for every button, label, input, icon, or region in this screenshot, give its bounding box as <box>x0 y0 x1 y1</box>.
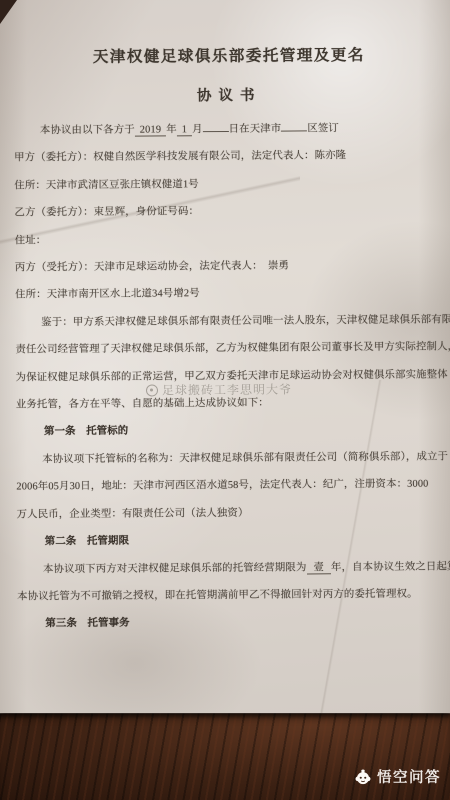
term-value: 壹 <box>306 562 331 574</box>
article3-heading: 第三条 托管事务 <box>17 608 448 638</box>
wukong-watermark: 悟空问答 <box>354 766 441 787</box>
month-value: 1 <box>177 124 192 136</box>
party-b-address: 住址： <box>15 224 446 254</box>
article2-line1-post: 年，自本协议生效之日起算。 <box>331 561 450 573</box>
party-a-address: 住所：天津市武清区豆张庄镇权健道1号 <box>14 169 445 199</box>
intro-pre: 本协议由以下各方于 <box>40 125 135 137</box>
article1-line: 本协议项下托管标的名称为：天津权健足球俱乐部有限责任公司（简称俱乐部），成立于 <box>16 443 447 473</box>
article2-heading: 第二条 托管期限 <box>17 526 448 556</box>
wukong-watermark-text: 悟空问答 <box>377 766 441 787</box>
document-paper: 天津权健足球俱乐部委托管理及更名 协议书 本协议由以下各方于2019年1月日在天… <box>0 0 450 713</box>
article2-line2: 本协议托管为不可撤销之授权，即在托管期满前甲乙不得撤回针对丙方的委托管理权。 <box>17 580 448 610</box>
article1-line: 万人民币，企业类型：有限责任公司（法人独资） <box>16 498 447 528</box>
agreement-document: 天津权健足球俱乐部委托管理及更名 协议书 本协议由以下各方于2019年1月日在天… <box>0 0 450 638</box>
day-blank-underline <box>203 122 229 132</box>
wukong-monkey-icon <box>354 768 372 786</box>
month-label: 月 <box>192 124 203 135</box>
party-a-line: 甲方（委托方）：权健自然医学科技发展有限公司，法定代表人：陈亦隆 <box>14 142 445 172</box>
intro-end: 区签订 <box>307 123 339 134</box>
recital-line: 鉴于：甲方系天津权健足球俱乐部有限责任公司唯一法人股东，天津权健足球俱乐部有限 <box>15 306 446 336</box>
photo-scene: 天津权健足球俱乐部委托管理及更名 协议书 本协议由以下各方于2019年1月日在天… <box>0 0 450 800</box>
intro-mid: 日在天津市 <box>229 124 282 135</box>
article1-line: 2006年05月30日，地址：天津市河西区浯水道58号，法定代表人：纪广，注册资… <box>16 471 447 501</box>
recital-line: 责任公司经营管理了天津权健足球俱乐部，乙方为权健集团有限公司董事长及甲方实际控制… <box>15 334 446 364</box>
article2-line1-pre: 本协议项下丙方对天津权健足球俱乐部的托管经营期限为 <box>43 562 307 575</box>
center-watermark: 足球搬砖工李思明大爷 <box>146 380 292 398</box>
year-value: 2019 <box>135 124 166 136</box>
party-c-line: 丙方（受托方）：天津市足球运动协会，法定代表人： 崇勇 <box>15 251 446 281</box>
article2-line1: 本协议项下丙方对天津权健足球俱乐部的托管经营期限为壹年，自本协议生效之日起算。 <box>17 553 448 583</box>
year-label: 年 <box>166 124 177 135</box>
district-blank-underline <box>281 121 307 131</box>
center-watermark-text: 足球搬砖工李思明大爷 <box>162 380 292 398</box>
document-title: 天津权健足球俱乐部委托管理及更名 <box>13 44 444 69</box>
party-b-line: 乙方（委托方）：束昱辉，身份证号码： <box>14 197 445 227</box>
document-subtitle: 协议书 <box>14 84 445 107</box>
intro-line: 本协议由以下各方于2019年1月日在天津市区签订 <box>14 114 445 144</box>
article1-heading: 第一条 托管标的 <box>16 416 447 446</box>
party-c-address: 住所：天津市南开区水上北道34号增2号 <box>15 279 446 309</box>
weibo-watermark-icon <box>146 384 158 396</box>
